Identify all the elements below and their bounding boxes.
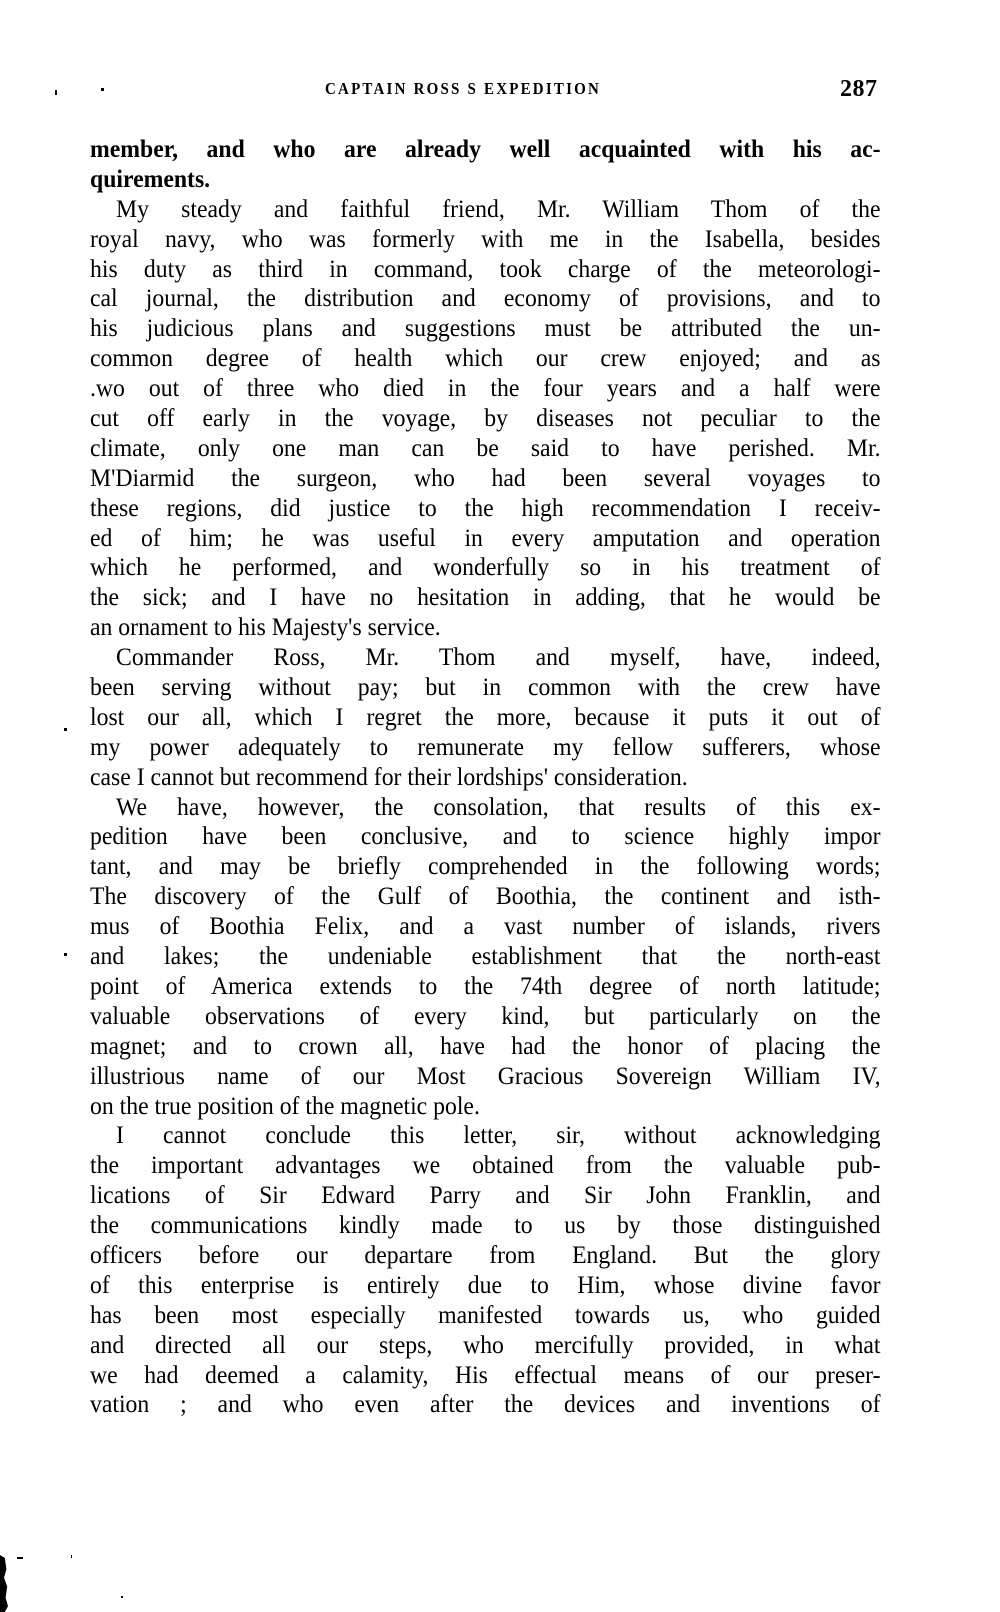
text-line: valuable observations of every kind, but… [90, 1001, 881, 1031]
text-line: which he performed, and wonderfully so i… [90, 552, 881, 582]
scan-speck [121, 1596, 123, 1598]
text-line: tant, and may be briefly comprehended in… [90, 851, 881, 881]
text-line: my power adequately to remunerate my fel… [90, 732, 881, 762]
text-line: pedition have been conclusive, and to sc… [90, 821, 881, 851]
paragraph-serving-without-pay: Commander Ross, Mr. Thom and myself, hav… [90, 642, 880, 791]
text-line: we had deemed a calamity, His effectual … [90, 1360, 881, 1390]
text-line: and lakes; the undeniable establishment … [90, 941, 881, 971]
text-line: .wo out of three who died in the four ye… [90, 373, 881, 403]
text-line: lost our all, which I regret the more, b… [90, 702, 881, 732]
text-line: the communications kindly made to us by … [90, 1210, 881, 1240]
text-line: common degree of health which our crew e… [90, 343, 881, 373]
text-line: My steady and faithful friend, Mr. Willi… [90, 194, 881, 224]
text-line: of this enterprise is entirely due to Hi… [90, 1270, 881, 1300]
text-line: quirements. [90, 164, 881, 194]
text-line: cal journal, the distribution and econom… [90, 283, 881, 313]
running-head: CAPTAIN ROSS S EXPEDITION 287 [0, 76, 1000, 106]
page-number: 287 [840, 76, 878, 103]
scanned-book-page: CAPTAIN ROSS S EXPEDITION 287 member, an… [0, 0, 1000, 1612]
text-line: has been most especially manifested towa… [90, 1300, 881, 1330]
text-line: I cannot conclude this letter, sir, with… [90, 1120, 881, 1150]
body-text: member, and who are already well acquain… [90, 134, 880, 1419]
paragraph-acknowledgements: I cannot conclude this letter, sir, with… [90, 1120, 880, 1419]
text-line: the sick; and I have no hesitation in ad… [90, 582, 881, 612]
text-line: his judicious plans and suggestions must… [90, 313, 881, 343]
text-line: officers before our departare from Engla… [90, 1240, 881, 1270]
text-line: royal navy, who was formerly with me in … [90, 224, 881, 254]
text-line: these regions, did justice to the high r… [90, 493, 881, 523]
text-line: and directed all our steps, who merciful… [90, 1330, 881, 1360]
text-line: The discovery of the Gulf of Boothia, th… [90, 881, 881, 911]
text-line: the important advantages we obtained fro… [90, 1150, 881, 1180]
text-line: member, and who are already well acquain… [90, 134, 881, 164]
text-line: an ornament to his Majesty's service. [90, 612, 881, 642]
scan-speck [17, 1557, 23, 1559]
text-line: on the true position of the magnetic pol… [90, 1091, 881, 1121]
text-line: lications of Sir Edward Parry and Sir Jo… [90, 1180, 881, 1210]
text-line: We have, however, the consolation, that … [90, 792, 881, 822]
paragraph-results-of-expedition: We have, however, the consolation, that … [90, 792, 880, 1121]
scan-speck [71, 1555, 72, 1558]
scan-speck [64, 953, 67, 956]
text-line: cut off early in the voyage, by diseases… [90, 403, 881, 433]
text-line: M'Diarmid the surgeon, who had been seve… [90, 463, 881, 493]
text-line: Commander Ross, Mr. Thom and myself, hav… [90, 642, 881, 672]
text-line: magnet; and to crown all, have had the h… [90, 1031, 881, 1061]
scan-edge-artifact [0, 1555, 8, 1612]
text-line: mus of Boothia Felix, and a vast number … [90, 911, 881, 941]
text-line: climate, only one man can be said to hav… [90, 433, 881, 463]
scan-speck [64, 728, 67, 731]
text-line: his duty as third in command, took charg… [90, 254, 881, 284]
paragraph-continuation: member, and who are already well acquain… [90, 134, 880, 194]
text-line: ed of him; he was useful in every amputa… [90, 523, 881, 553]
text-line: case I cannot but recommend for their lo… [90, 762, 881, 792]
text-line: vation ; and who even after the devices … [90, 1389, 881, 1419]
running-title: CAPTAIN ROSS S EXPEDITION [325, 80, 601, 100]
text-line: point of America extends to the 74th deg… [90, 971, 881, 1001]
text-line: illustrious name of our Most Gracious So… [90, 1061, 881, 1091]
text-line: been serving without pay; but in common … [90, 672, 881, 702]
paragraph-thom-mdiarmid: My steady and faithful friend, Mr. Willi… [90, 194, 880, 642]
